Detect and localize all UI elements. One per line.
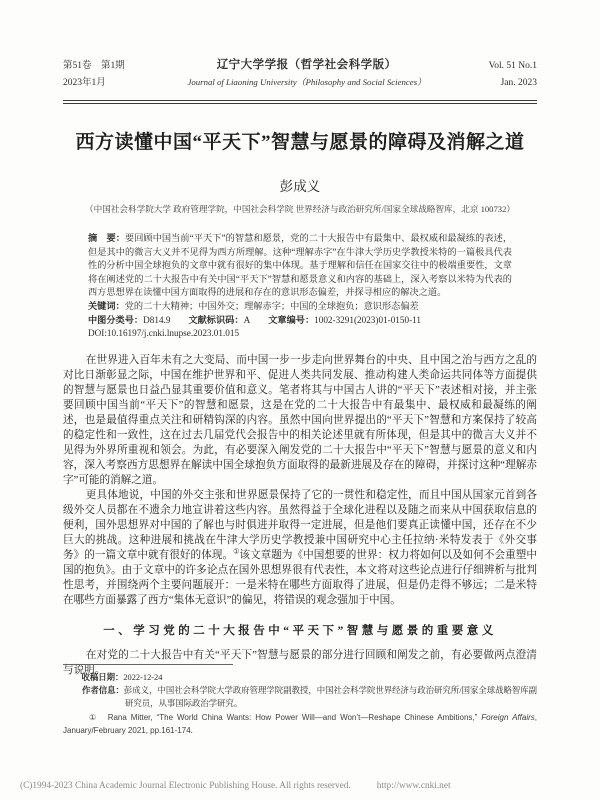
abstract-section: 摘 要：要回顾中国当前“平天下”的智慧和愿景，党的二十大报告中有最集中、最权威和… bbox=[88, 232, 512, 341]
footnote-divider-rule bbox=[63, 664, 233, 665]
journal-name-block: 辽宁大学学报（哲学社会科学版） Journal of Liaoning Univ… bbox=[125, 58, 489, 88]
author-name: 彭成义 bbox=[0, 175, 600, 195]
page-footer: (C)1994-2023 China Academic Journal Elec… bbox=[20, 781, 451, 791]
volume-info-cn: 第51卷 第1期 2023年1月 bbox=[63, 58, 125, 92]
journal-page: 第51卷 第1期 2023年1月 辽宁大学学报（哲学社会科学版） Journal… bbox=[0, 0, 600, 800]
footnote-author-info: 作者信息：彭成义，中国社会科学院大学政府管理学院副教授，中国社会科学院世界经济与… bbox=[63, 684, 537, 710]
article-id-label: 文章编号： bbox=[268, 315, 314, 325]
keywords-label: 关键词： bbox=[88, 301, 125, 311]
abstract-paragraph: 摘 要：要回顾中国当前“平天下”的智慧和愿景，党的二十大报告中有最集中、最权威和… bbox=[88, 232, 512, 300]
received-date-value: 2022-12-24 bbox=[123, 673, 162, 682]
footer-url: http://www.cnki.net bbox=[377, 781, 451, 791]
doc-code-label: 文献标识码： bbox=[188, 315, 243, 325]
footnote-citation-1: ① Rana Mitter, “The World China Wants: H… bbox=[63, 711, 537, 737]
abstract-text: 要回顾中国当前“平天下”的智慧和愿景，党的二十大报告中有最集中、最权威和最凝练的… bbox=[88, 233, 512, 297]
body-paragraph-1: 在世界进入百年未有之大变局、而中国一步一步走向世界舞台的中央、且中国之治与西方之… bbox=[63, 353, 537, 488]
footnote-received-date: 收稿日期：2022-12-24 bbox=[63, 671, 537, 684]
section-1-heading: 一、学习党的二十大报告中“平天下”智慧与愿景的重要意义 bbox=[63, 622, 537, 638]
clc-label: 中图分类号： bbox=[88, 315, 143, 325]
header-divider-rule bbox=[63, 100, 537, 104]
received-date-label: 收稿日期： bbox=[81, 673, 123, 682]
doi-line: DOI:10.16197/j.cnki.lnupse.2023.01.015 bbox=[88, 327, 512, 341]
article-title: 西方读懂中国“平天下”智慧与愿景的障碍及消解之道 bbox=[40, 130, 560, 155]
keywords-text: 党的二十大精神；中国外交；理解赤字；中国的全球抱负；意识形态偏差 bbox=[125, 301, 419, 311]
volume-issue-en: Vol. 51 No.1 bbox=[489, 58, 537, 75]
classification-line: 中图分类号：D814.9文献标识码：A文章编号：1002-3291(2023)0… bbox=[88, 314, 512, 328]
keywords-line: 关键词：党的二十大精神；中国外交；理解赤字；中国的全球抱负；意识形态偏差 bbox=[88, 300, 512, 314]
journal-header: 第51卷 第1期 2023年1月 辽宁大学学报（哲学社会科学版） Journal… bbox=[63, 58, 537, 92]
article-body: 在世界进入百年未有之大变局、而中国一步一步走向世界舞台的中央、且中国之治与西方之… bbox=[63, 353, 537, 608]
citation-text-before: Rana Mitter, “The World China Wants: How… bbox=[108, 713, 482, 722]
journal-name-en: Journal of Liaoning University（Philosoph… bbox=[125, 76, 489, 88]
date-en: Jan. 2023 bbox=[489, 75, 537, 92]
author-info-label: 作者信息： bbox=[82, 686, 124, 695]
volume-info-en: Vol. 51 No.1 Jan. 2023 bbox=[489, 58, 537, 92]
body-paragraph-2: 更具体地说，中国的外交主张和世界愿景保持了它的一贯性和稳定性，而且中国从国家元首… bbox=[63, 488, 537, 608]
citation-marker: ① bbox=[89, 713, 108, 722]
journal-name-cn: 辽宁大学学报（哲学社会科学版） bbox=[125, 58, 489, 73]
footnote-block: 收稿日期：2022-12-24 作者信息：彭成义，中国社会科学院大学政府管理学院… bbox=[63, 664, 537, 737]
volume-issue-cn: 第51卷 第1期 bbox=[63, 58, 125, 75]
copyright-text: (C)1994-2023 China Academic Journal Elec… bbox=[20, 781, 351, 791]
footnote-list: 收稿日期：2022-12-24 作者信息：彭成义，中国社会科学院大学政府管理学院… bbox=[63, 671, 537, 737]
clc-value: D814.9 bbox=[143, 315, 170, 325]
author-info-text: 彭成义，中国社会科学院大学政府管理学院副教授，中国社会科学院世界经济与政治研究所… bbox=[124, 686, 537, 708]
article-id-value: 1002-3291(2023)01-0150-11 bbox=[314, 315, 421, 325]
citation-journal-name: Foreign Affairs bbox=[481, 713, 534, 722]
doc-code-value: A bbox=[244, 315, 251, 325]
abstract-label: 摘 要： bbox=[88, 233, 125, 243]
author-affiliation: （中国社会科学院大学 政府管理学院，中国社会科学院 世界经济与政治研究所/国家全… bbox=[0, 203, 600, 215]
date-cn: 2023年1月 bbox=[63, 75, 125, 92]
